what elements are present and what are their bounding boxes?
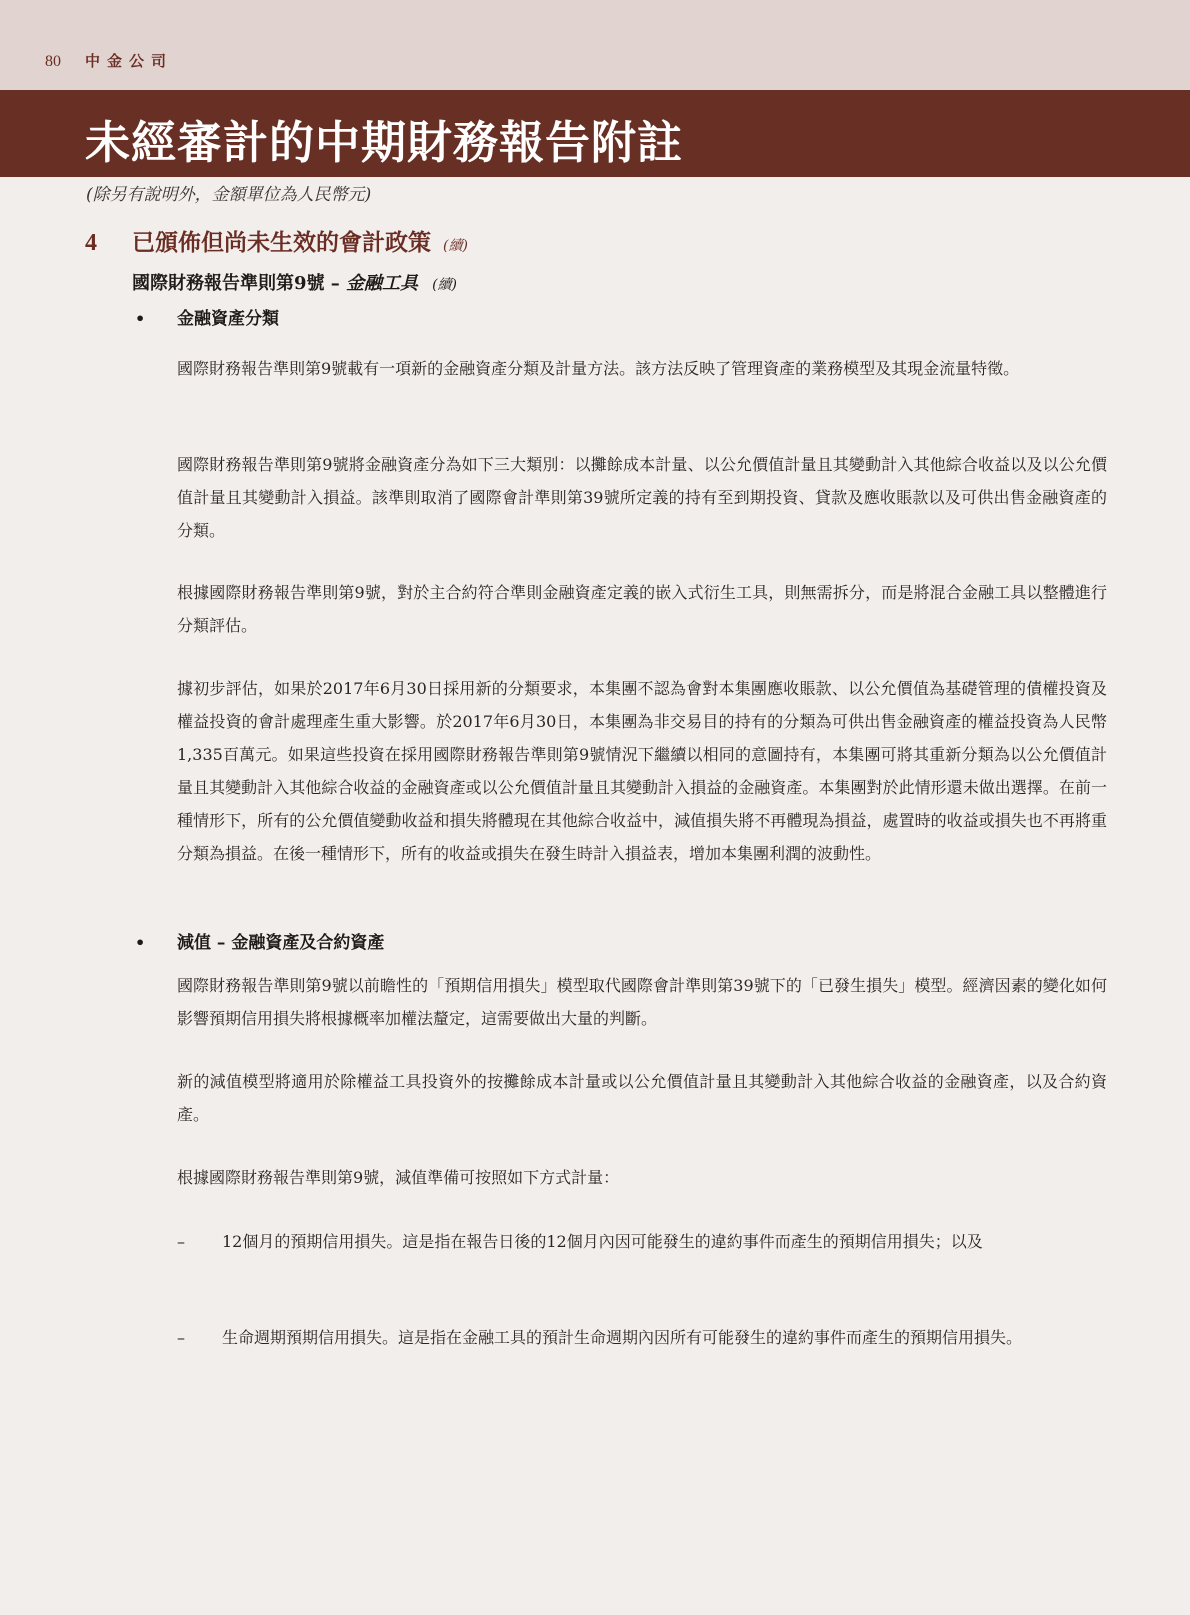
bullet-icon: •	[135, 933, 177, 952]
paragraph: 根據國際財務報告準則第9號，減值準備可按照如下方式計量：	[177, 1161, 1107, 1194]
bullet-heading-classification: • 金融資產分類	[135, 304, 279, 329]
paragraph: 國際財務報告準則第9號載有一項新的金融資產分類及計量方法。該方法反映了管理資產的…	[177, 352, 1107, 385]
paragraph: 根據國際財務報告準則第9號，對於主合約符合準則金融資產定義的嵌入式衍生工具，則無…	[177, 576, 1107, 642]
page-title: 未經審計的中期財務報告附註	[85, 106, 683, 171]
dash-item-text: 生命週期預期信用損失。這是指在金融工具的預計生命週期內因所有可能發生的違約事件而…	[222, 1321, 1107, 1354]
paragraph: 國際財務報告準則第9號將金融資產分為如下三大類別：以攤餘成本計量、以公允價值計量…	[177, 448, 1107, 547]
sub-heading-italic: 金融工具	[346, 269, 418, 295]
dash-list-item: – 12個月的預期信用損失。這是指在報告日後的12個月內因可能發生的違約事件而產…	[177, 1225, 1107, 1258]
bullet-heading-text: 金融資產分類	[177, 304, 279, 329]
continued-label: (續)	[432, 274, 457, 294]
paragraph: 新的減值模型將適用於除權益工具投資外的按攤餘成本計量或以公允價值計量且其變動計入…	[177, 1065, 1107, 1131]
sub-heading: 國際財務報告準則第9號 – 金融工具 (續)	[132, 269, 457, 295]
sub-heading-prefix: 國際財務報告準則第9號 –	[132, 269, 346, 295]
bullet-heading-text: 減值 – 金融資產及合約資產	[177, 928, 384, 953]
section-heading: 4 已頒佈但尚未生效的會計政策 (續)	[85, 224, 468, 257]
dash-list-item: – 生命週期預期信用損失。這是指在金融工具的預計生命週期內因所有可能發生的違約事…	[177, 1321, 1107, 1354]
bullet-heading-impairment: • 減值 – 金融資產及合約資產	[135, 928, 384, 953]
paragraph: 據初步評估，如果於2017年6月30日採用新的分類要求，本集團不認為會對本集團應…	[177, 672, 1107, 870]
continued-label: (續)	[443, 235, 468, 255]
dash-item-text: 12個月的預期信用損失。這是指在報告日後的12個月內因可能發生的違約事件而產生的…	[222, 1225, 1107, 1258]
running-header: 80 中金公司	[45, 50, 173, 71]
section-number: 4	[85, 230, 132, 257]
title-band: 未經審計的中期財務報告附註	[0, 90, 1190, 177]
page-number: 80	[45, 53, 61, 71]
dash-marker: –	[177, 1225, 222, 1258]
top-header-band	[0, 0, 1190, 90]
paragraph: 國際財務報告準則第9號以前瞻性的「預期信用損失」模型取代國際會計準則第39號下的…	[177, 969, 1107, 1035]
unit-note: (除另有說明外，金額單位為人民幣元)	[86, 180, 371, 205]
bullet-icon: •	[135, 309, 177, 328]
section-title: 已頒佈但尚未生效的會計政策	[132, 224, 431, 257]
company-name: 中金公司	[85, 50, 173, 71]
dash-marker: –	[177, 1321, 222, 1354]
